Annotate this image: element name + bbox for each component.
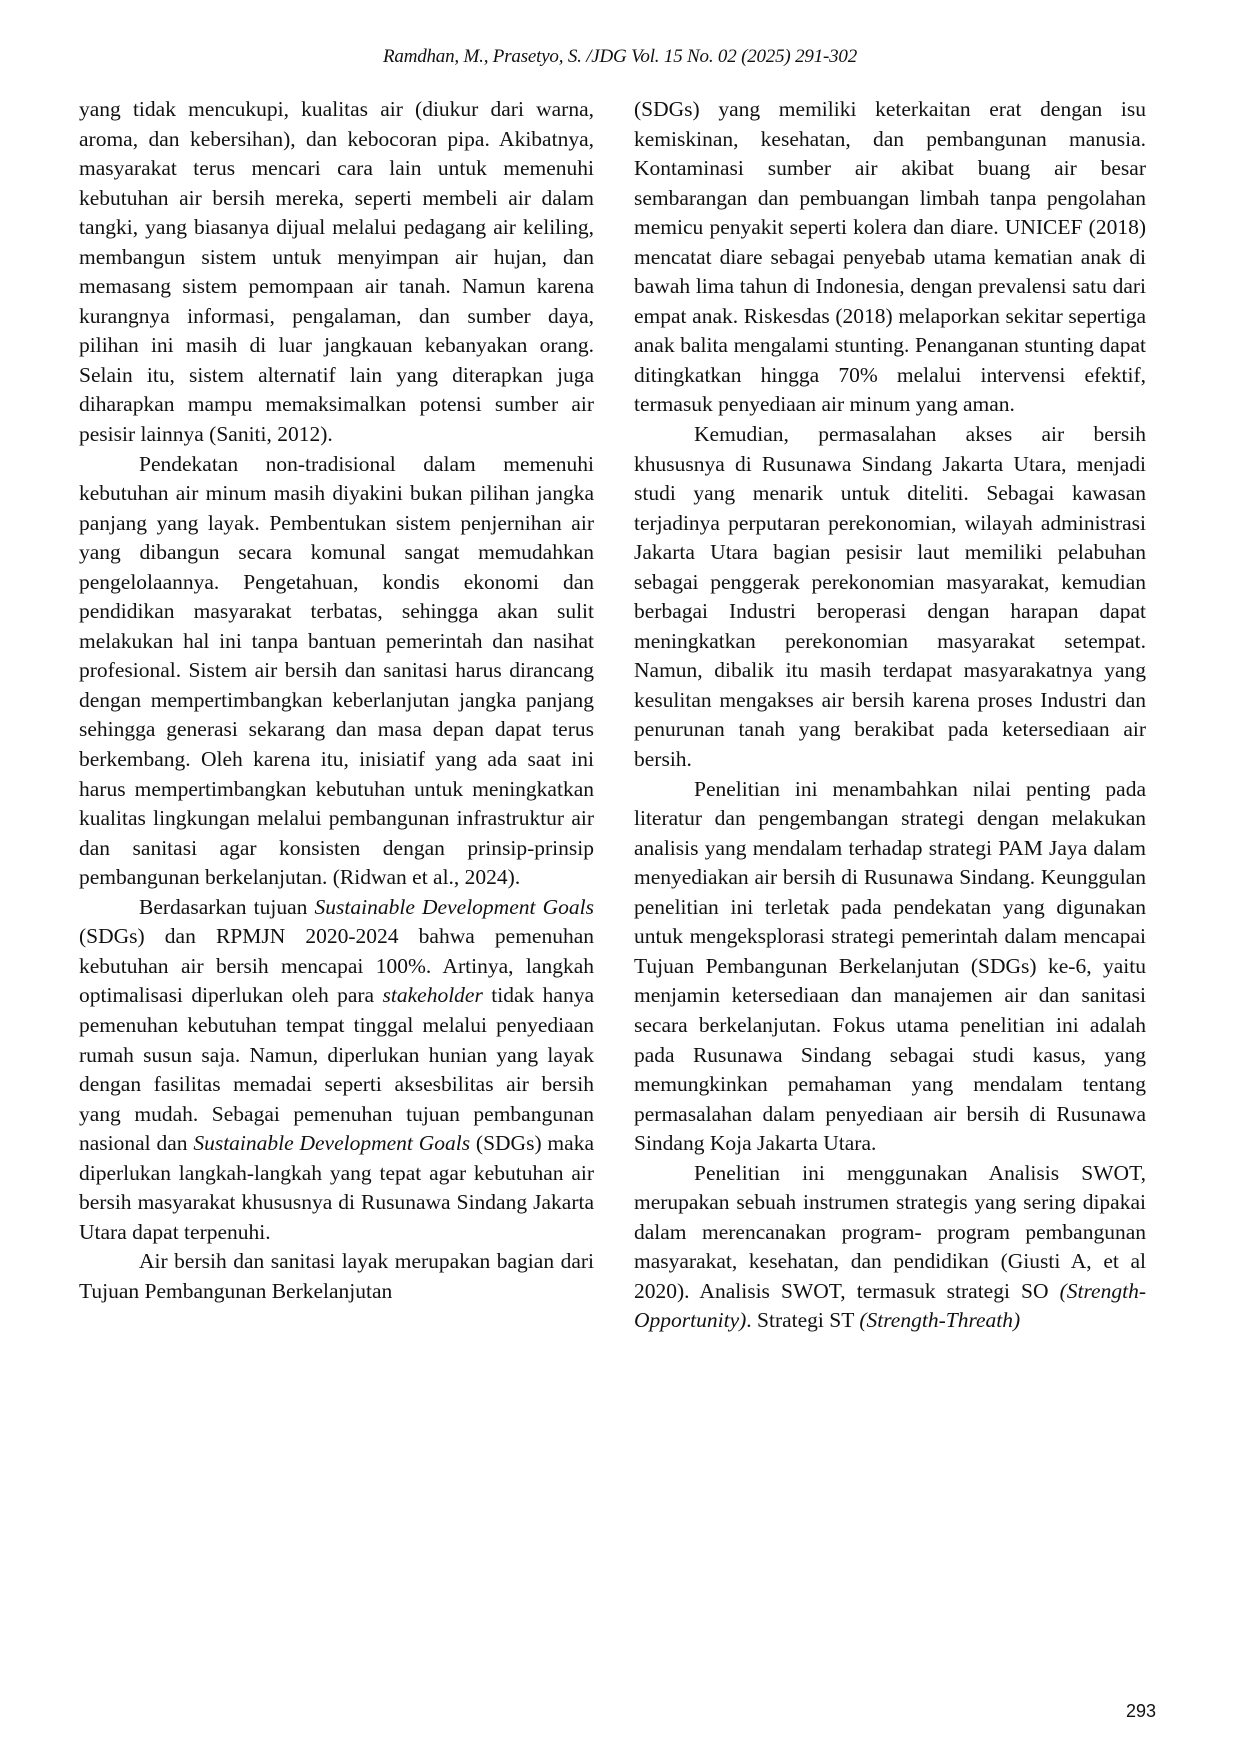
paragraph: Berdasarkan tujuan Sustainable Developme… [79,893,594,1248]
paragraph: yang tidak mencukupi, kualitas air (diuk… [79,95,594,450]
left-column: yang tidak mencukupi, kualitas air (diuk… [79,95,594,1306]
page-number: 293 [1126,1701,1156,1722]
running-head: Ramdhan, M., Prasetyo, S. /JDG Vol. 15 N… [0,46,1240,68]
italic-term: Sustainable Development Goals [193,1131,470,1155]
paragraph: Pendekatan non-tradisional dalam memenuh… [79,450,594,893]
italic-term: (Strength-Threath) [859,1308,1020,1332]
paragraph: Penelitian ini menggunakan Analisis SWOT… [634,1159,1146,1336]
text-span: tidak hanya pemenuhan kebutuhan tempat t… [79,983,594,1155]
italic-term: stakeholder [383,983,483,1007]
text-span: Berdasarkan tujuan [139,895,315,919]
paragraph: Penelitian ini menambahkan nilai penting… [634,775,1146,1159]
text-span: . Strategi ST [746,1308,859,1332]
paragraph: Kemudian, permasalahan akses air bersih … [634,420,1146,775]
right-column: (SDGs) yang memiliki keterkaitan erat de… [634,95,1146,1336]
paragraph: Air bersih dan sanitasi layak merupakan … [79,1247,594,1306]
paragraph: (SDGs) yang memiliki keterkaitan erat de… [634,95,1146,420]
italic-term: Sustainable Development Goals [315,895,594,919]
